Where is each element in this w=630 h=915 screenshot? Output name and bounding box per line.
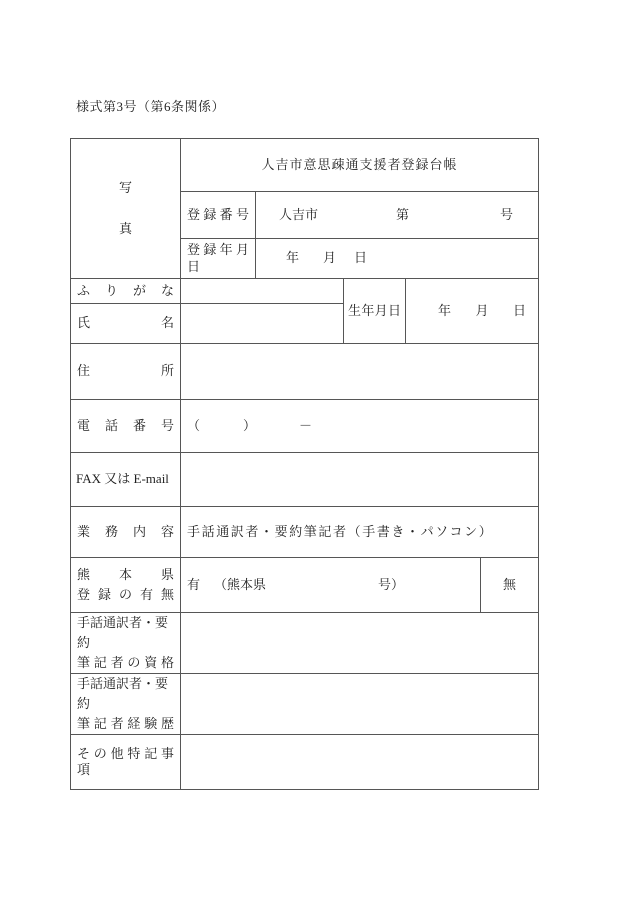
business-value: 手話通訳者・要約筆記者（手書き・パソコン） <box>181 507 539 558</box>
reg-number-city: 人吉市 <box>279 207 318 223</box>
birthdate-day-unit: 日 <box>513 303 526 319</box>
phone-dash: － <box>299 418 312 433</box>
reg-date-day-unit: 日 <box>354 250 367 265</box>
registration-form-table: 写 真 人吉市意思疎通支援者登録台帳 登 録 番 号 人吉市 第 号 登録年月日… <box>70 138 539 790</box>
fax-email-value-cell <box>181 453 539 507</box>
phone-label: 電 話 番 号 <box>71 400 181 453</box>
experience-label-line1: 手話通訳者・要約 <box>77 674 174 714</box>
reg-date-year-unit: 年 <box>286 250 299 265</box>
name-label: 氏 名 <box>71 304 181 344</box>
birthdate-value: 年 月 日 <box>406 279 539 344</box>
kumamoto-pref-close: 号） <box>378 577 404 593</box>
reg-number-label: 登 録 番 号 <box>181 192 256 239</box>
phone-value: （）－ <box>181 400 539 453</box>
document-page: 様式第3号（第6条関係） 写 真 人吉市意思疎通支援者登録台帳 登 録 番 号 … <box>0 0 630 915</box>
kumamoto-label-line1: 熊 本 県 <box>77 565 174 585</box>
photo-label-line1: 写 <box>77 180 174 196</box>
other-notes-label: そ の 他 特 記 事 項 <box>71 735 181 790</box>
address-value-cell <box>181 344 539 400</box>
photo-cell: 写 真 <box>71 139 181 279</box>
kumamoto-label-line2: 登 録 の 有 無 <box>77 585 174 605</box>
qualification-label: 手話通訳者・要約 筆 記 者 の 資 格 <box>71 613 181 674</box>
experience-value-cell <box>181 674 539 735</box>
qualification-value-cell <box>181 613 539 674</box>
kumamoto-yes-value: 有 （熊本県 号） <box>181 558 481 613</box>
furigana-value-cell <box>181 279 344 304</box>
birthdate-label: 生年月日 <box>344 279 406 344</box>
ledger-title: 人吉市意思疎通支援者登録台帳 <box>181 139 539 192</box>
reg-date-label: 登録年月日 <box>181 239 256 279</box>
fax-email-label: FAX 又は E-mail <box>71 453 181 507</box>
reg-number-prefix: 第 <box>396 207 409 223</box>
furigana-label: ふ り が な <box>71 279 181 304</box>
photo-label-line2: 真 <box>77 221 174 237</box>
address-label: 住 所 <box>71 344 181 400</box>
reg-number-value: 人吉市 第 号 <box>256 192 539 239</box>
kumamoto-pref-open: （熊本県 <box>214 577 266 593</box>
kumamoto-no-cell: 無 <box>481 558 539 613</box>
kumamoto-yes: 有 <box>187 577 200 593</box>
name-value-cell <box>181 304 344 344</box>
reg-number-suffix: 号 <box>500 207 513 223</box>
experience-label: 手話通訳者・要約 筆 記 者 経 験 歴 <box>71 674 181 735</box>
experience-label-line2: 筆 記 者 経 験 歴 <box>77 714 174 734</box>
business-label: 業 務 内 容 <box>71 507 181 558</box>
phone-open-paren: （ <box>187 418 200 433</box>
kumamoto-registration-label: 熊 本 県 登 録 の 有 無 <box>71 558 181 613</box>
qualification-label-line2: 筆 記 者 の 資 格 <box>77 653 174 673</box>
form-number-label: 様式第3号（第6条関係） <box>76 96 225 115</box>
reg-date-month-unit: 月 <box>323 250 336 265</box>
birthdate-month-unit: 月 <box>476 303 489 319</box>
reg-date-value: 年月日 <box>256 239 539 279</box>
other-notes-value-cell <box>181 735 539 790</box>
qualification-label-line1: 手話通訳者・要約 <box>77 613 174 653</box>
phone-close-paren: ） <box>243 418 256 433</box>
birthdate-year-unit: 年 <box>438 303 451 319</box>
